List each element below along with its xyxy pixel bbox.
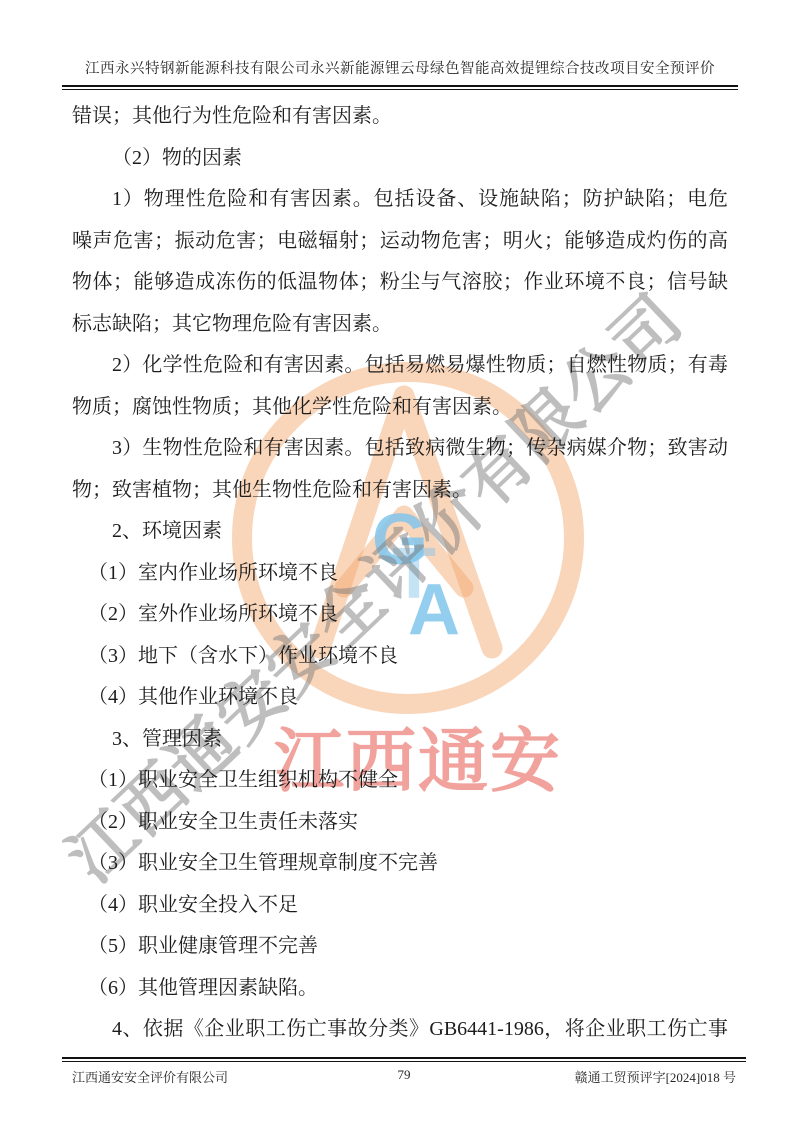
body-line: （5）职业健康管理不完善 [72, 926, 728, 968]
header-title: 江西永兴特钢新能源科技有限公司永兴新能源锂云母绿色智能高效提锂综合技改项目安全预… [62, 0, 738, 78]
body-line: 物体；能够造成冻伤的低温物体；粉尘与气溶胶；作业环境不良；信号缺陷； [72, 262, 728, 304]
body-line: 物质；腐蚀性物质；其他化学性危险和有害因素。 [72, 387, 728, 429]
document-page: G T A 江西通安安全评价有限公司 江西通安 江西永兴特钢新能源科技有限公司永… [0, 0, 800, 1131]
body-line: （3）职业安全卫生管理规章制度不完善 [72, 843, 728, 885]
body-line: （3）地下（含水下）作业环境不良 [72, 636, 728, 678]
body-line: 物；致害植物；其他生物性危险和有害因素。 [72, 470, 728, 512]
body-line: 3）生物性危险和有害因素。包括致病微生物；传杂病媒介物；致害动 [72, 428, 728, 470]
body-line: （2）职业安全卫生责任未落实 [72, 802, 728, 844]
body-text: 错误；其他行为性危险和有害因素。 （2）物的因素 1）物理性危险和有害因素。包括… [72, 96, 728, 1051]
page-footer: 79 江西通安安全评价有限公司 赣通工贸预评字[2024]018 号 [62, 1057, 746, 1086]
body-line: （6）其他管理因素缺陷。 [72, 968, 728, 1010]
header-rule [62, 85, 738, 90]
body-line: 4、依据《企业职工伤亡事故分类》GB6441-1986，将企业职工伤亡事故 [72, 1009, 728, 1051]
body-line: 2、环境因素 [72, 511, 728, 553]
body-line: 标志缺陷；其它物理危险有害因素。 [72, 304, 728, 346]
body-line: 噪声危害；振动危害；电磁辐射；运动物危害；明火；能够造成灼伤的高温 [72, 221, 728, 263]
footer-company: 江西通安安全评价有限公司 [72, 1067, 228, 1086]
body-line: （4）其他作业环境不良 [72, 677, 728, 719]
footer-doc-number: 赣通工贸预评字[2024]018 号 [575, 1067, 736, 1086]
body-line: 错误；其他行为性危险和有害因素。 [72, 96, 728, 138]
body-line: 2）化学性危险和有害因素。包括易燃易爆性物质；自燃性物质；有毒 [72, 345, 728, 387]
body-line: （1）室内作业场所环境不良 [72, 553, 728, 595]
body-line: （1）职业安全卫生组织机构不健全 [72, 760, 728, 802]
body-line: （2）物的因素 [72, 138, 728, 180]
body-line: 1）物理性危险和有害因素。包括设备、设施缺陷；防护缺陷；电危害； [72, 179, 728, 221]
body-line: （4）职业安全投入不足 [72, 885, 728, 927]
body-line: 3、管理因素 [72, 719, 728, 761]
body-line: （2）室外作业场所环境不良 [72, 594, 728, 636]
page-content: 江西永兴特钢新能源科技有限公司永兴新能源锂云母绿色智能高效提锂综合技改项目安全预… [0, 0, 800, 1051]
